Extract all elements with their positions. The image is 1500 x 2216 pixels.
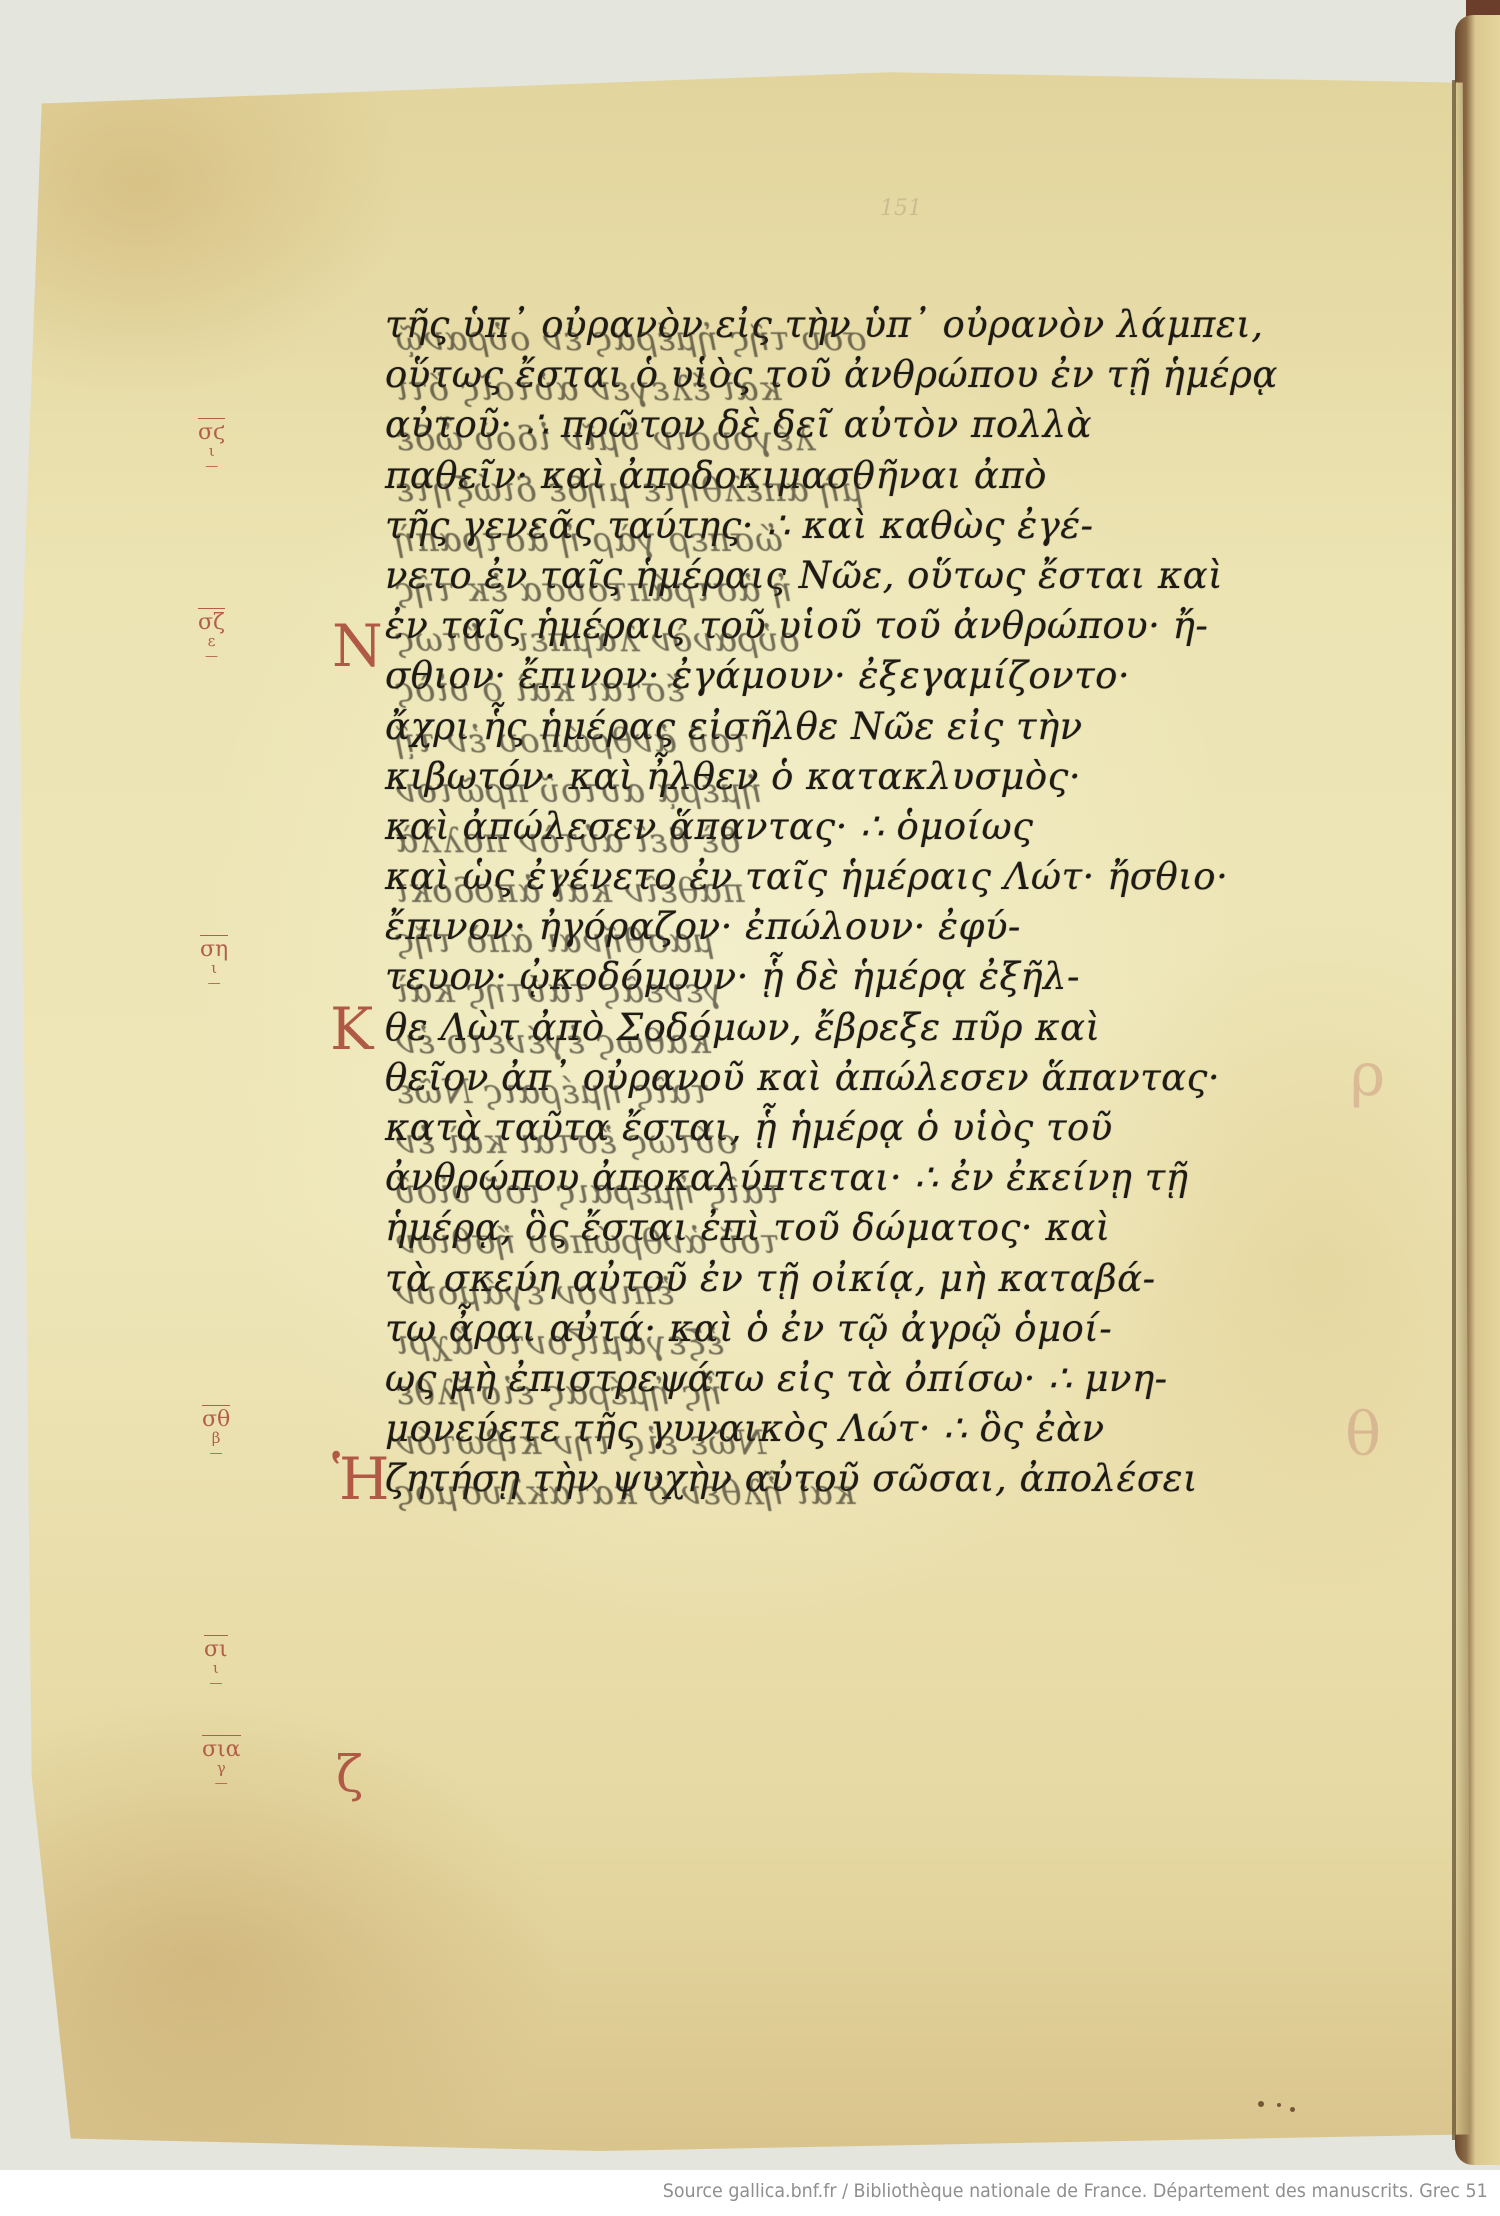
manuscript-scan: 151 σϛ ι — σζ ε — ση ι — σθ β — σι ι — σ… (0, 0, 1500, 2170)
show-through-rubric: θ (1345, 1400, 1381, 1470)
text-line: καὶ ἔλεγεν αὐτοῖς ὅτιοὕτως ἔσται ὁ υἱὸς … (385, 350, 1350, 400)
text-line: ἔπινον ἐγάμουντὰ σκεύη αὐτοῦ ἐν τῇ οἰκίᾳ… (385, 1254, 1350, 1304)
folio-number: 151 (880, 196, 922, 221)
text-line: ταῖς ἡμέραις Νῶεθεῖον ἀπ᾽ οὐρανοῦ καὶ ἀπ… (385, 1053, 1350, 1103)
text-line: ἧς ἡμέρας εἰσῆλθεως μὴ ἐπιστρεψάτω εἰς τ… (385, 1354, 1350, 1404)
show-through-rubric: ρ (1350, 1040, 1385, 1110)
text-line: ἔσται καὶ ὁ υἱὸςσθιον· ἔπινον· ἐγάμουν· … (385, 651, 1350, 701)
margin-section-number: σθ β — (202, 1405, 230, 1460)
text-line: καὶ ἦλθεν ὁ κατακλυσμὸςζητήσῃ τὴν ψυχὴν … (385, 1454, 1350, 1504)
text-line: τοῦ ἀνθρώπου ἐν τῇἄχρι ἧς ἡμέρας εἰσῆλθε… (385, 702, 1350, 752)
text-line: μὴ ἀπέλθητε μηδὲ διώξητεπαθεῖν· καὶ ἀποδ… (385, 451, 1350, 501)
text-line: τοῦ ἀνθρώπου ἤσθιονἡμέρᾳ, ὃς ἔσται ἐπὶ τ… (385, 1203, 1350, 1253)
text-line: ὥσπερ γὰρ ἡ ἀστραπὴτῆς γενεᾶς ταύτης· ∴ … (385, 501, 1350, 551)
rubric-initial: Κ (330, 995, 373, 1063)
text-line: Νῶε εἰς τὴν κιβωτόνμονεύετε τῆς γυναικὸς… (385, 1404, 1350, 1454)
margin-section-number: σζ ε — (198, 608, 225, 663)
text-line: ταῖς ἡμέραις τοῦ υἱοῦἀνθρώπου ἀποκαλύπτε… (385, 1153, 1350, 1203)
margin-section-number: ση ι — (200, 935, 228, 990)
text-line: παθεῖν καὶ ἀποδοκικαὶ ὡς ἐγένετο ἐν ταῖς… (385, 852, 1350, 902)
source-caption: Source gallica.bnf.fr / Bibliothèque nat… (663, 2180, 1488, 2202)
text-line: καθὼς ἐγένετο ἐνθε Λὼτ ἀπὸ Σοδόμων, ἔβρε… (385, 1003, 1350, 1053)
text-line: οὐρανὸν λάμπει οὕτωςἐν ταῖς ἡμέραις τοῦ … (385, 601, 1350, 651)
manuscript-text-block: σου τῆς ἡμέρας ἐν οὐρανῷτῆς ὑπ᾽ οὐρανὸν … (385, 300, 1350, 1505)
text-line: ἐξεγαμίζοντο ἄχριτω ἆραι αὐτά· καὶ ὁ ἐν … (385, 1304, 1350, 1354)
margin-section-number: σι ι — (204, 1635, 228, 1690)
gutter-fold (1452, 80, 1456, 2140)
text-line: ἡ ἀστράπτουσα ἐκ τῆςνετο ἐν ταῖς ἡμέραις… (385, 551, 1350, 601)
text-line: λέγουσιν ὑμῖν ἰδοὺ ὧδεαὐτοῦ· ∴ πρῶτον δὲ… (385, 400, 1350, 450)
text-line: μασθῆναι ἀπὸ τῆςἔπινον· ἠγόραζον· ἐπώλου… (385, 902, 1350, 952)
margin-section-number: σια γ — (202, 1735, 241, 1790)
text-line: δὲ δεῖ αὐτὸν πολλὰκαὶ ἀπώλεσεν ἅπαντας· … (385, 802, 1350, 852)
rubric-initial: Ν (332, 612, 383, 680)
rubric-initial: Ἡ (332, 1445, 390, 1513)
text-line: ἡμέρᾳ αὐτοῦ πρῶτονκιβωτόν· καὶ ἦλθεν ὁ κ… (385, 752, 1350, 802)
margin-section-number: σϛ ι — (198, 418, 225, 473)
text-line: οὕτως ἔσται καὶ ἐνκατὰ ταῦτα ἔσται, ᾗ ἡμ… (385, 1103, 1350, 1153)
rubric-initial: ζ (336, 1745, 363, 1803)
text-line: γενεᾶς ταύτης καὶτευον· ᾠκοδόμουν· ᾗ δὲ … (385, 952, 1350, 1002)
text-line: σου τῆς ἡμέρας ἐν οὐρανῷτῆς ὑπ᾽ οὐρανὸν … (385, 300, 1350, 350)
